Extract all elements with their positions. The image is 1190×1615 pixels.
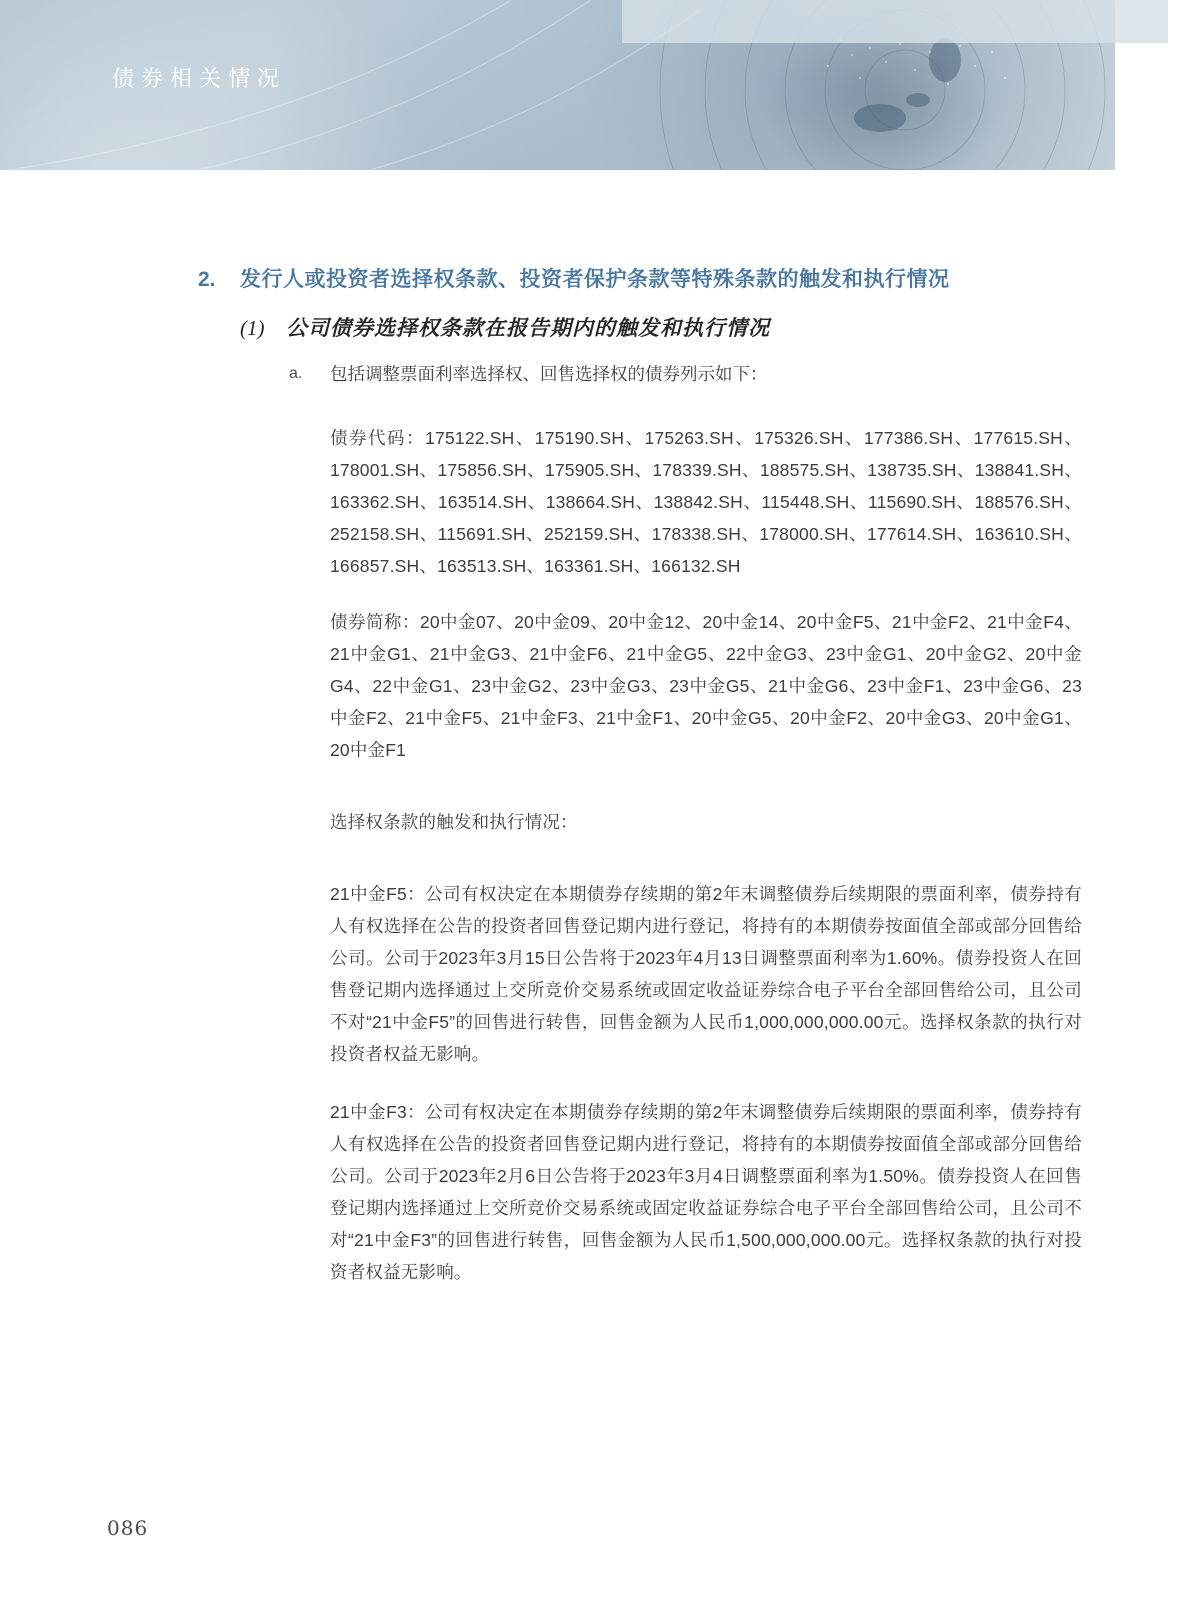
trigger-status-heading: 选择权条款的触发和执行情况： — [330, 806, 1082, 838]
section-number: 2. — [198, 266, 240, 294]
bond-names-paragraph: 债券简称：20中金07、20中金09、20中金12、20中金14、20中金F5、… — [330, 606, 1082, 766]
subsection-title: 公司债券选择权条款在报告期内的触发和执行情况 — [286, 314, 770, 342]
list-item-a-text: 包括调整票面利率选择权、回售选择权的债券列示如下： — [330, 361, 768, 387]
page-number: 086 — [107, 1516, 148, 1540]
header-strip-graphic — [622, 0, 1168, 43]
subsection-number: (1) — [240, 314, 286, 342]
list-item-a-marker: a. — [289, 361, 330, 387]
bond-codes-paragraph: 债券代码：175122.SH、175190.SH、175263.SH、17532… — [330, 422, 1082, 582]
section-title: 发行人或投资者选择权条款、投资者保护条款等特殊条款的触发和执行情况 — [240, 266, 950, 294]
document-page: 债券相关情况 2. 发行人或投资者选择权条款、投资者保护条款等特殊条款的触发和执… — [0, 0, 1190, 1615]
bond-21cicc-f3-paragraph: 21中金F3：公司有权决定在本期债券存续期的第2年末调整债券后续期限的票面利率，… — [330, 1096, 1082, 1288]
page-header: 债券相关情况 — [0, 0, 1190, 170]
subsection-heading: (1) 公司债券选择权条款在报告期内的触发和执行情况 — [240, 314, 1100, 342]
chapter-title: 债券相关情况 — [112, 62, 286, 93]
list-item-a: a. 包括调整票面利率选择权、回售选择权的债券列示如下： — [289, 361, 1089, 387]
section-heading: 2. 发行人或投资者选择权条款、投资者保护条款等特殊条款的触发和执行情况 — [198, 266, 1098, 294]
bond-21cicc-f5-paragraph: 21中金F5：公司有权决定在本期债券存续期的第2年末调整债券后续期限的票面利率，… — [330, 878, 1082, 1070]
